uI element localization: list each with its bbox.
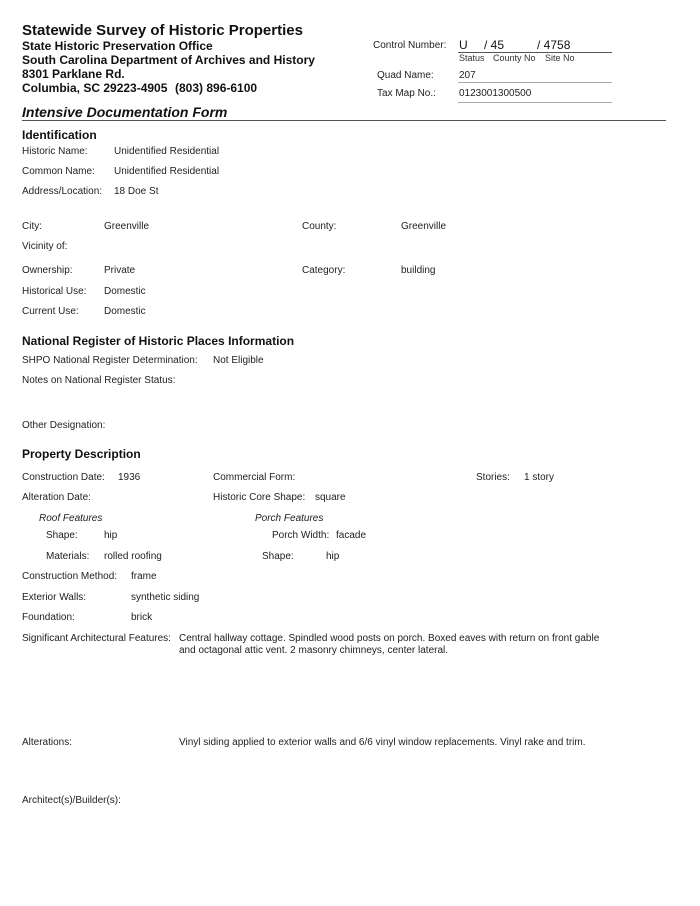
alterations-value: Vinyl siding applied to exterior walls a…	[179, 737, 586, 748]
shpo-determination-label: SHPO National Register Determination:	[22, 355, 198, 366]
department-name: South Carolina Department of Archives an…	[22, 53, 315, 67]
phone-number: (803) 896-6100	[175, 81, 257, 95]
tax-map-label: Tax Map No.:	[377, 88, 436, 99]
tax-map-underline	[458, 102, 612, 103]
historic-name-value: Unidentified Residential	[114, 146, 219, 157]
vicinity-label: Vicinity of:	[22, 241, 67, 252]
nr-notes-label: Notes on National Register Status:	[22, 375, 175, 386]
porch-width-value: facade	[336, 530, 366, 541]
historic-name-label: Historic Name:	[22, 146, 88, 157]
quad-name-label: Quad Name:	[377, 70, 434, 81]
shpo-determination-value: Not Eligible	[213, 355, 264, 366]
status-caption: Status	[459, 53, 485, 63]
ownership-value: Private	[104, 265, 135, 276]
current-use-label: Current Use:	[22, 306, 79, 317]
form-title: Intensive Documentation Form	[22, 104, 227, 120]
address-label: Address/Location:	[22, 186, 102, 197]
porch-features-heading: Porch Features	[255, 513, 323, 524]
current-use-value: Domestic	[104, 306, 146, 317]
porch-shape-value: hip	[326, 551, 339, 562]
control-county-no: / 45	[484, 38, 504, 52]
quad-name-value: 207	[459, 70, 476, 81]
county-value: Greenville	[401, 221, 446, 232]
city-address: Columbia, SC 29223-4905	[22, 81, 167, 95]
construction-method-value: frame	[131, 571, 157, 582]
control-site-no: / 4758	[537, 38, 570, 52]
control-status: U	[459, 38, 468, 52]
porch-shape-label: Shape:	[262, 551, 294, 562]
city-label: City:	[22, 221, 42, 232]
property-description-heading: Property Description	[22, 447, 141, 461]
core-shape-value: square	[315, 492, 346, 503]
roof-shape-label: Shape:	[46, 530, 78, 541]
historical-use-value: Domestic	[104, 286, 146, 297]
alterations-label: Alterations:	[22, 737, 72, 748]
ownership-label: Ownership:	[22, 265, 73, 276]
exterior-walls-value: synthetic siding	[131, 592, 199, 603]
street-address: 8301 Parklane Rd.	[22, 67, 125, 81]
common-name-value: Unidentified Residential	[114, 166, 219, 177]
roof-materials-label: Materials:	[46, 551, 89, 562]
site-no-caption: Site No	[545, 53, 575, 63]
significant-features-line-1: Central hallway cottage. Spindled wood p…	[179, 633, 599, 644]
roof-features-heading: Roof Features	[39, 513, 102, 524]
other-designation-label: Other Designation:	[22, 420, 105, 431]
stories-label: Stories:	[476, 472, 510, 483]
porch-width-label: Porch Width:	[272, 530, 329, 541]
quad-name-underline	[458, 82, 612, 83]
significant-features-label: Significant Architectural Features:	[22, 633, 171, 644]
county-label: County:	[302, 221, 336, 232]
survey-title: Statewide Survey of Historic Properties	[22, 22, 303, 39]
architect-builder-label: Architect(s)/Builder(s):	[22, 795, 121, 806]
construction-method-label: Construction Method:	[22, 571, 117, 582]
core-shape-label: Historic Core Shape:	[213, 492, 305, 503]
construction-date-label: Construction Date:	[22, 472, 105, 483]
alteration-date-label: Alteration Date:	[22, 492, 91, 503]
historical-use-label: Historical Use:	[22, 286, 86, 297]
construction-date-value: 1936	[118, 472, 140, 483]
significant-features-line-2: and octagonal attic vent. 2 masonry chim…	[179, 645, 448, 656]
category-value: building	[401, 265, 435, 276]
exterior-walls-label: Exterior Walls:	[22, 592, 86, 603]
office-name: State Historic Preservation Office	[22, 39, 213, 53]
address-value: 18 Doe St	[114, 186, 158, 197]
county-no-caption: County No	[493, 53, 536, 63]
foundation-label: Foundation:	[22, 612, 75, 623]
form-title-rule	[22, 120, 666, 121]
control-number-label: Control Number:	[373, 40, 446, 51]
identification-heading: Identification	[22, 128, 97, 142]
foundation-value: brick	[131, 612, 152, 623]
roof-materials-value: rolled roofing	[104, 551, 162, 562]
category-label: Category:	[302, 265, 345, 276]
common-name-label: Common Name:	[22, 166, 95, 177]
tax-map-value: 0123001300500	[459, 88, 531, 99]
city-value: Greenville	[104, 221, 149, 232]
national-register-heading: National Register of Historic Places Inf…	[22, 334, 294, 348]
commercial-form-label: Commercial Form:	[213, 472, 295, 483]
stories-value: 1 story	[524, 472, 554, 483]
roof-shape-value: hip	[104, 530, 117, 541]
